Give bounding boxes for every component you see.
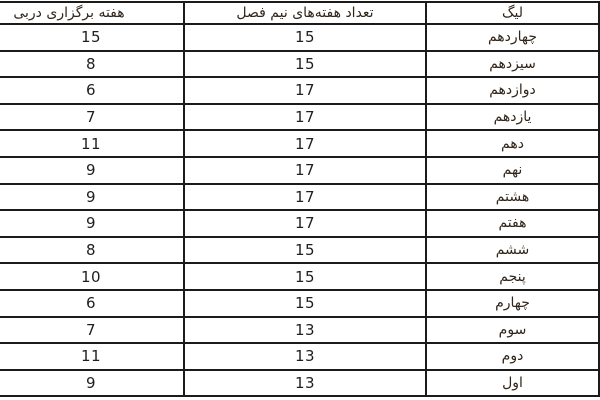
cell-league: دهم <box>426 130 599 157</box>
table-row: سیزدهم158 <box>0 51 599 78</box>
cell-league: سوم <box>426 317 599 344</box>
cell-derby: 15 <box>0 24 184 51</box>
cell-league: پنجم <box>426 263 599 290</box>
cell-weeks: 15 <box>184 237 426 264</box>
table-row: پنجم1510 <box>0 263 599 290</box>
cell-weeks: 17 <box>184 184 426 211</box>
cell-league: دوم <box>426 343 599 370</box>
cell-derby: 9 <box>0 210 184 237</box>
cell-weeks: 15 <box>184 263 426 290</box>
table-row: نهم179 <box>0 157 599 184</box>
cell-league: نهم <box>426 157 599 184</box>
cell-weeks: 13 <box>184 370 426 397</box>
cell-league: سیزدهم <box>426 51 599 78</box>
cell-derby: 8 <box>0 237 184 264</box>
table-header: لیگ تعداد هفته‌های نیم فصل هفته برگزاری … <box>0 2 599 24</box>
table-row: هفتم179 <box>0 210 599 237</box>
cell-weeks: 17 <box>184 77 426 104</box>
cell-weeks: 15 <box>184 290 426 317</box>
cell-derby: 9 <box>0 184 184 211</box>
derby-weeks-table: لیگ تعداد هفته‌های نیم فصل هفته برگزاری … <box>0 1 600 397</box>
cell-league: هشتم <box>426 184 599 211</box>
cell-derby: 7 <box>0 317 184 344</box>
cell-weeks: 17 <box>184 104 426 131</box>
table-row: یازدهم177 <box>0 104 599 131</box>
table-body: چهاردهم1515سیزدهم158دوازدهم176یازدهم177د… <box>0 24 599 396</box>
cell-derby: 6 <box>0 290 184 317</box>
cell-weeks: 15 <box>184 51 426 78</box>
table-row: چهاردهم1515 <box>0 24 599 51</box>
page: لیگ تعداد هفته‌های نیم فصل هفته برگزاری … <box>0 0 600 400</box>
cell-weeks: 17 <box>184 130 426 157</box>
cell-league: اول <box>426 370 599 397</box>
table-row: دوازدهم176 <box>0 77 599 104</box>
cell-weeks: 13 <box>184 343 426 370</box>
cell-derby: 6 <box>0 77 184 104</box>
table-row: چهارم156 <box>0 290 599 317</box>
cell-weeks: 17 <box>184 210 426 237</box>
header-row: لیگ تعداد هفته‌های نیم فصل هفته برگزاری … <box>0 2 599 24</box>
cell-weeks: 17 <box>184 157 426 184</box>
table-row: هشتم179 <box>0 184 599 211</box>
cell-league: چهارم <box>426 290 599 317</box>
cell-derby: 8 <box>0 51 184 78</box>
cell-derby: 10 <box>0 263 184 290</box>
table-row: ششم158 <box>0 237 599 264</box>
table-row: سوم137 <box>0 317 599 344</box>
column-header-half-season-weeks: تعداد هفته‌های نیم فصل <box>184 2 426 24</box>
cell-derby: 11 <box>0 343 184 370</box>
cell-derby: 7 <box>0 104 184 131</box>
cell-league: دوازدهم <box>426 77 599 104</box>
table-row: دهم1711 <box>0 130 599 157</box>
cell-derby: 11 <box>0 130 184 157</box>
cell-weeks: 15 <box>184 24 426 51</box>
cell-league: هفتم <box>426 210 599 237</box>
cell-league: یازدهم <box>426 104 599 131</box>
column-header-derby-week: هفته برگزاری دربی <box>0 2 184 24</box>
column-header-derby-week-label: هفته برگزاری دربی <box>13 5 124 21</box>
cell-league: چهاردهم <box>426 24 599 51</box>
cell-derby: 9 <box>0 157 184 184</box>
cell-derby: 9 <box>0 370 184 397</box>
cell-league: ششم <box>426 237 599 264</box>
cell-weeks: 13 <box>184 317 426 344</box>
table-row: اول139 <box>0 370 599 397</box>
table-row: دوم1311 <box>0 343 599 370</box>
column-header-league: لیگ <box>426 2 599 24</box>
